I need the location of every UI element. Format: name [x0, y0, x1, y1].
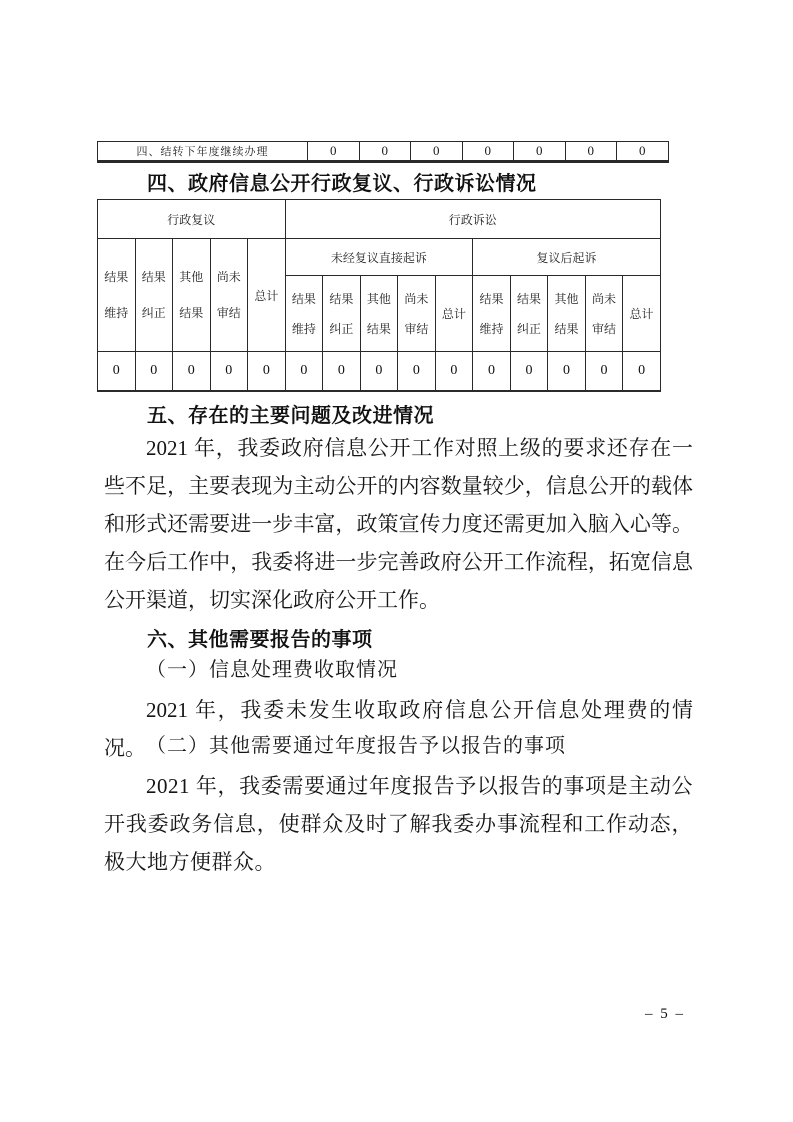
- carryover-label: 四、结转下年度继续办理: [98, 142, 308, 162]
- group-header-reconsideration: 行政复议: [98, 200, 286, 239]
- value-cell: 0: [360, 352, 398, 392]
- column-header: 结果 纠正: [510, 276, 548, 352]
- subgroup-header-direct: 未经复议直接起诉: [285, 239, 473, 276]
- value-cell: 0: [510, 352, 548, 392]
- carryover-value: 0: [462, 142, 514, 162]
- item-one-title: （一）信息处理费收取情况: [104, 657, 693, 683]
- value-cell: 0: [135, 352, 173, 392]
- column-header: 尚未 审结: [210, 239, 248, 352]
- section-six-heading: 六、其他需要报告的事项: [147, 623, 373, 652]
- value-cell: 0: [210, 352, 248, 392]
- table-row: 行政复议 行政诉讼: [98, 200, 661, 239]
- carryover-value: 0: [514, 142, 566, 162]
- table-row: 结果 维持 结果 纠正 其他 结果 尚未 审结 总计 未经复议直接起诉 复议后起…: [98, 239, 661, 276]
- column-header: 尚未 审结: [585, 276, 623, 352]
- carryover-value: 0: [411, 142, 463, 162]
- value-cell: 0: [473, 352, 511, 392]
- litigation-table: 行政复议 行政诉讼 结果 维持 结果 纠正 其他 结果 尚未 审结 总计 未经复…: [97, 199, 661, 392]
- value-cell: 0: [548, 352, 586, 392]
- column-header: 结果 维持: [98, 239, 136, 352]
- column-header: 其他 结果: [173, 239, 211, 352]
- column-header: 结果 纠正: [323, 276, 361, 352]
- column-header: 结果 维持: [285, 276, 323, 352]
- value-cell: 0: [398, 352, 436, 392]
- value-cell: 0: [285, 352, 323, 392]
- subgroup-header-after-review: 复议后起诉: [473, 239, 661, 276]
- value-cell: 0: [248, 352, 286, 392]
- item-two-paragraph: 2021 年，我委需要通过年度报告予以报告的事项是主动公开我委政务信息，使群众及…: [104, 767, 693, 881]
- column-header: 结果 纠正: [135, 239, 173, 352]
- value-cell: 0: [435, 352, 473, 392]
- document-page: 四、结转下年度继续办理 0 0 0 0 0 0 0 四、政府信息公开行政复议、行…: [0, 0, 793, 1122]
- value-cell: 0: [173, 352, 211, 392]
- value-cell: 0: [585, 352, 623, 392]
- value-cell: 0: [98, 352, 136, 392]
- table-row: 四、结转下年度继续办理 0 0 0 0 0 0 0: [98, 142, 669, 162]
- table-row: 0 0 0 0 0 0 0 0 0 0 0 0 0 0 0: [98, 352, 661, 392]
- section-four-heading: 四、政府信息公开行政复议、行政诉讼情况: [147, 167, 537, 196]
- page-number: – 5 –: [645, 1006, 685, 1023]
- carryover-value: 0: [359, 142, 411, 162]
- carryover-value: 0: [308, 142, 360, 162]
- carryover-table: 四、结转下年度继续办理 0 0 0 0 0 0 0: [97, 141, 669, 163]
- column-header: 结果 维持: [473, 276, 511, 352]
- column-header: 总计: [435, 276, 473, 352]
- group-header-litigation: 行政诉讼: [285, 200, 660, 239]
- item-two-title: （二）其他需要通过年度报告予以报告的事项: [104, 733, 693, 759]
- column-header: 总计: [623, 276, 661, 352]
- value-cell: 0: [623, 352, 661, 392]
- column-header: 其他 结果: [360, 276, 398, 352]
- carryover-value: 0: [617, 142, 669, 162]
- section-five-paragraph: 2021 年，我委政府信息公开工作对照上级的要求还存在一些不足，主要表现为主动公…: [104, 429, 693, 619]
- value-cell: 0: [323, 352, 361, 392]
- column-header: 总计: [248, 239, 286, 352]
- carryover-value: 0: [565, 142, 617, 162]
- section-five-heading: 五、存在的主要问题及改进情况: [147, 399, 434, 428]
- column-header: 尚未 审结: [398, 276, 436, 352]
- column-header: 其他 结果: [548, 276, 586, 352]
